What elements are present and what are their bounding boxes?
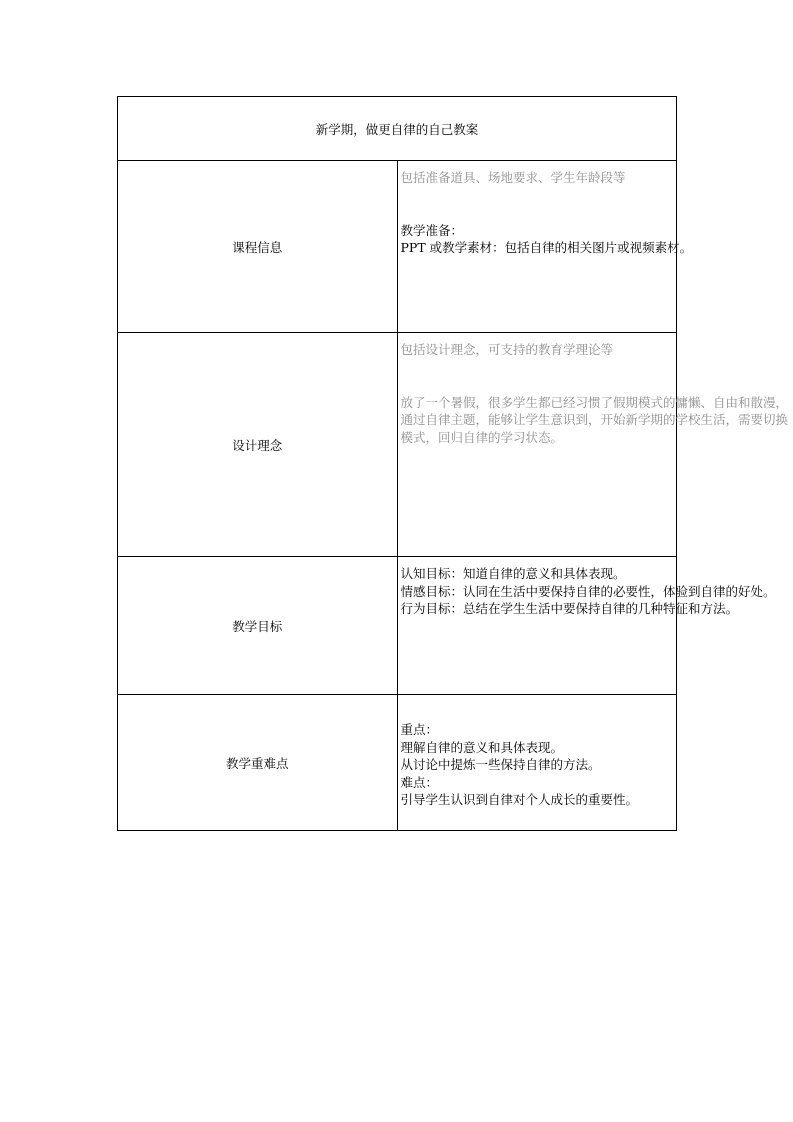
content-line: 放了一个暑假，很多学生都已经习惯了假期模式的慵懒、自由和散漫，	[401, 394, 674, 412]
row-label-course-info: 课程信息	[118, 161, 398, 333]
row-label-design-concept: 设计理念	[118, 333, 398, 557]
row-content-key-points: 重点： 理解自律的意义和具体表现。 从讨论中提炼一些保持自律的方法。 难点： 引…	[397, 695, 677, 831]
content-line: 从讨论中提炼一些保持自律的方法。	[401, 756, 674, 774]
document-title: 新学期，做更自律的自己教案	[118, 97, 677, 161]
table-row-design-concept: 设计理念 包括设计理念，可支持的教育学理论等 放了一个暑假，很多学生都已经习惯了…	[118, 333, 677, 557]
row-label-teaching-objectives: 教学目标	[118, 557, 398, 695]
content-line: 情感目标：认同在生活中要保持自律的必要性，体验到自律的好处。	[401, 583, 674, 601]
hint-text: 包括准备道具、场地要求、学生年龄段等	[401, 169, 674, 187]
row-content-course-info: 包括准备道具、场地要求、学生年龄段等 教学准备： PPT 或教学素材：包括自律的…	[397, 161, 677, 333]
content-line: 认知目标：知道自律的意义和具体表现。	[401, 565, 674, 583]
row-content-design-concept: 包括设计理念，可支持的教育学理论等 放了一个暑假，很多学生都已经习惯了假期模式的…	[397, 333, 677, 557]
content-line: 行为目标：总结在学生生活中要保持自律的几种特征和方法。	[401, 600, 674, 618]
hint-text: 包括设计理念，可支持的教育学理论等	[401, 341, 674, 359]
content-line: 重点：	[401, 721, 674, 739]
row-label-key-points: 教学重难点	[118, 695, 398, 831]
content-line: 难点：	[401, 774, 674, 792]
table-row-key-points: 教学重难点 重点： 理解自律的意义和具体表现。 从讨论中提炼一些保持自律的方法。…	[118, 695, 677, 831]
row-content-teaching-objectives: 认知目标：知道自律的意义和具体表现。 情感目标：认同在生活中要保持自律的必要性，…	[397, 557, 677, 695]
content-line: 通过自律主题，能够让学生意识到，开始新学期的学校生活，需要切换	[401, 411, 674, 429]
content-line: 引导学生认识到自律对个人成长的重要性。	[401, 791, 674, 809]
content-line: 模式，回归自律的学习状态。	[401, 429, 674, 447]
table-row-teaching-objectives: 教学目标 认知目标：知道自律的意义和具体表现。 情感目标：认同在生活中要保持自律…	[118, 557, 677, 695]
title-row: 新学期，做更自律的自己教案	[118, 97, 677, 161]
content-line: 教学准备：	[401, 222, 674, 240]
content-line: 理解自律的意义和具体表现。	[401, 739, 674, 757]
table-row-course-info: 课程信息 包括准备道具、场地要求、学生年龄段等 教学准备： PPT 或教学素材：…	[118, 161, 677, 333]
lesson-plan-table: 新学期，做更自律的自己教案 课程信息 包括准备道具、场地要求、学生年龄段等 教学…	[117, 96, 677, 831]
content-line: PPT 或教学素材：包括自律的相关图片或视频素材。	[401, 239, 674, 257]
